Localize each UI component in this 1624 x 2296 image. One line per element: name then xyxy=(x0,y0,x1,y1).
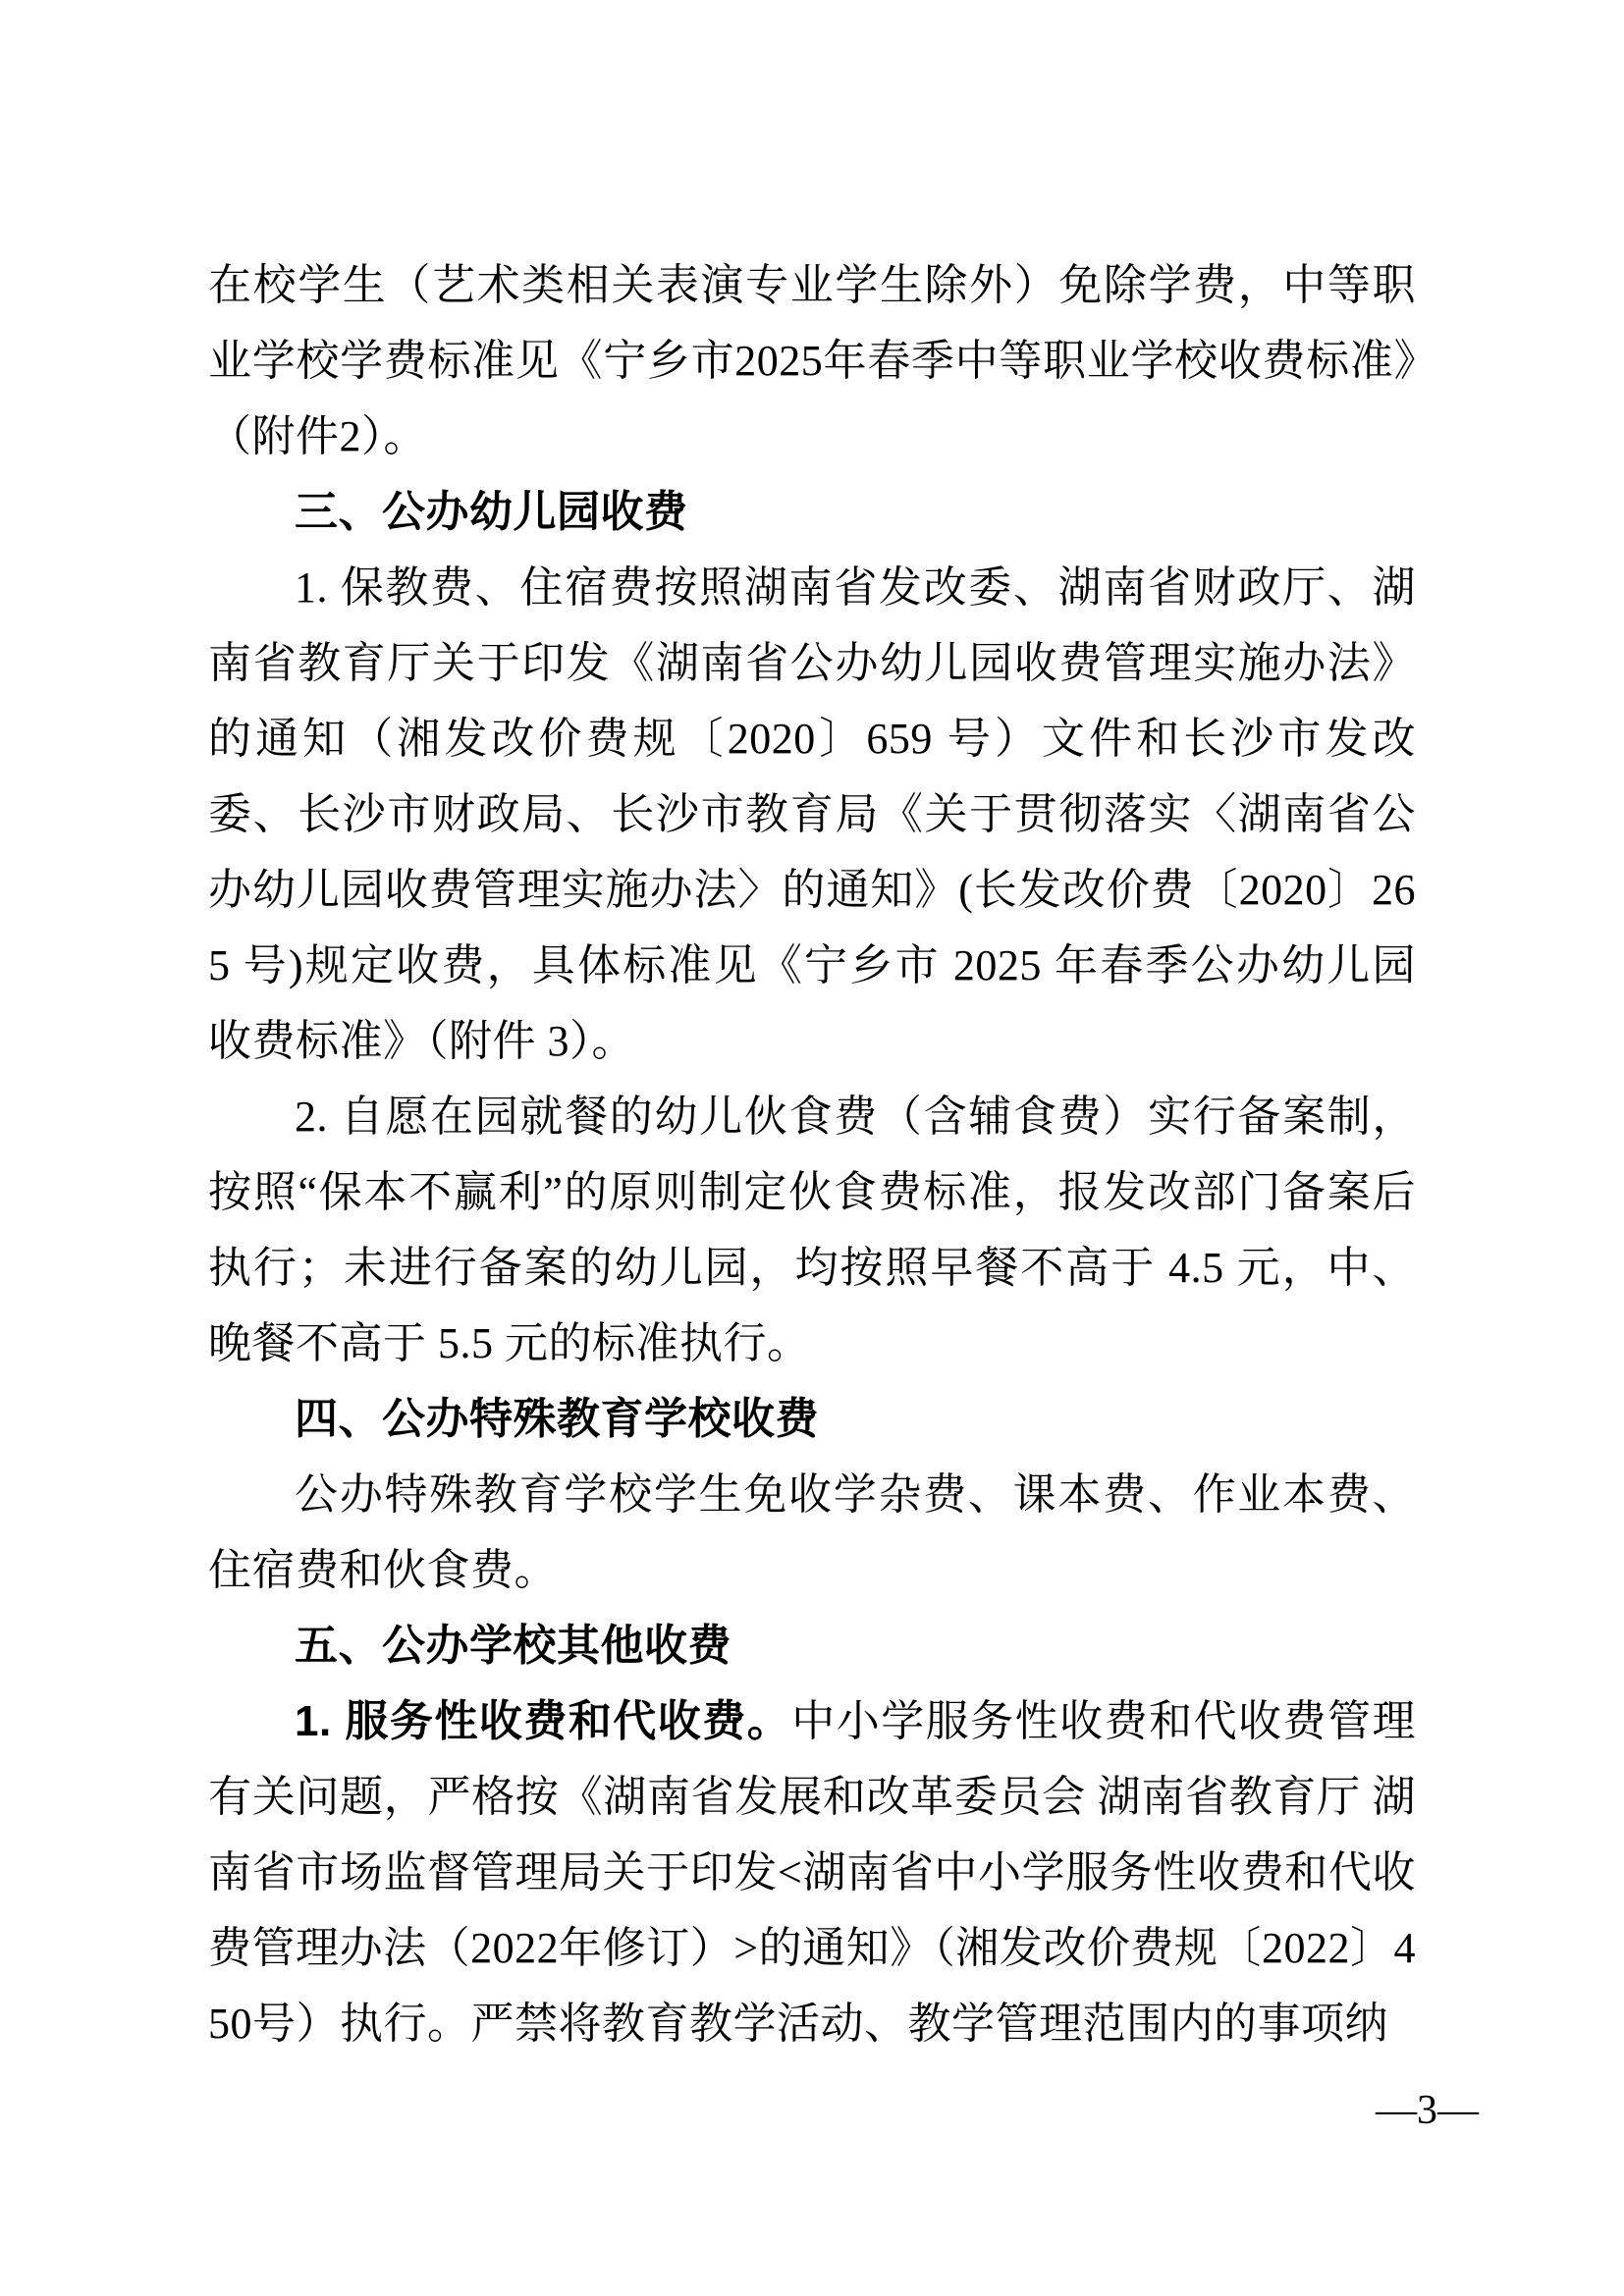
paragraph-kindergarten-item2: 2. 自愿在园就餐的幼儿伙食费（含辅食费）实行备案制，按照“保本不赢利”的原则制… xyxy=(208,1079,1416,1381)
page-number: —3— xyxy=(1376,2086,1479,2135)
paragraph-service-fees-rest: 中小学服务性收费和代收费管理有关问题，严格按《湖南省发展和改革委员会 湖南省教育… xyxy=(208,1697,1416,2048)
paragraph-special-education: 公办特殊教育学校学生免收学杂费、课本费、作业本费、住宿费和伙食费。 xyxy=(208,1457,1416,1608)
paragraph-kindergarten-item1: 1. 保教费、住宿费按照湖南省发改委、湖南省财政厅、湖南省教育厅关于印发《湖南省… xyxy=(208,550,1416,1079)
section-heading-special-education-fees: 四、公办特殊教育学校收费 xyxy=(208,1381,1416,1457)
document-body: 在校学生（艺术类相关表演专业学生除外）免除学费，中等职业学校学费标准见《宁乡市2… xyxy=(208,247,1416,2061)
document-page: 在校学生（艺术类相关表演专业学生除外）免除学费，中等职业学校学费标准见《宁乡市2… xyxy=(0,0,1624,2296)
paragraph-continuation: 在校学生（艺术类相关表演专业学生除外）免除学费，中等职业学校学费标准见《宁乡市2… xyxy=(208,247,1416,474)
paragraph-service-fees-lead: 1. 服务性收费和代收费。 xyxy=(295,1697,791,1745)
paragraph-service-fees: 1. 服务性收费和代收费。中小学服务性收费和代收费管理有关问题，严格按《湖南省发… xyxy=(208,1683,1416,2061)
section-heading-kindergarten-fees: 三、公办幼儿园收费 xyxy=(208,474,1416,550)
section-heading-other-fees: 五、公办学校其他收费 xyxy=(208,1608,1416,1683)
